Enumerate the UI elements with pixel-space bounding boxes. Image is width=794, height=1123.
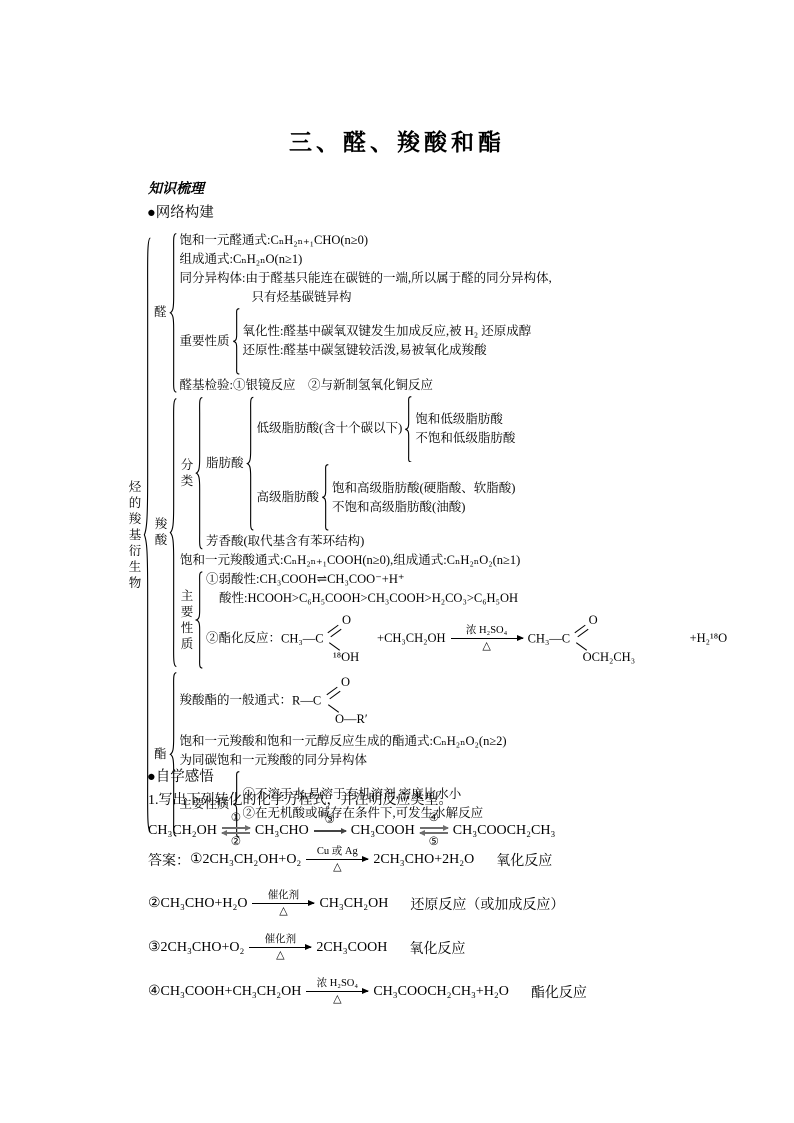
arrow-condition-bottom: △ <box>333 861 341 873</box>
structural-formula-acetic-acid-18O: CH₃—C O ¹⁸OH <box>281 613 377 665</box>
map-line: 醛基检验:①银镜反应 ②与新制氢氧化铜反应 <box>180 376 552 395</box>
ester-general-formula: 羧酸酯的一般通式： R—C O O—R′ <box>180 670 507 732</box>
map-line: 氧化性:醛基中碳氧双键发生加成反应,被 H₂ 还原成醇 <box>243 322 532 341</box>
section-heading-knowledge: 知识梳理 <box>148 178 204 198</box>
map-line: 为同碳饱和一元羧酸的同分异构体 <box>180 751 507 770</box>
map-line: 同分异构体:由于醛基只能连在碳链的一端,所以属于醛的同分异构体, <box>180 269 552 288</box>
arrow-condition-top: Cu 或 Ag <box>317 846 358 858</box>
ester-formula-label: 羧酸酯的一般通式： <box>180 691 293 710</box>
brace <box>404 396 412 463</box>
map-line: 饱和一元醛通式:CₙH₂ₙ₊₁CHO(n≥0) <box>180 231 552 250</box>
arrow-condition-top: 催化剂 <box>268 890 300 902</box>
question-1: 1.写出下列转化的化学方程式，并注明反应类型。 <box>148 789 453 809</box>
step-number: ① <box>231 812 241 825</box>
step-number: ③ <box>325 814 335 827</box>
map-line: 饱和一元羧酸和饱和一元醇反应生成的酯通式:CₙH₂ₙO₂(n≥2) <box>180 732 507 751</box>
branch-fatty-acid: 脂肪酸 低级脂肪酸(含十个碳以下) 饱和低级脂肪酸 <box>206 395 515 532</box>
answer-equation-3: ③2CH₃CHO+O₂ 催化剂 △ 2CH₃COOH 氧化反应 <box>148 934 465 961</box>
bullet-self-study: ●自学感悟 <box>147 765 214 786</box>
fatty-acid-label: 脂肪酸 <box>206 454 245 473</box>
properties-label: 重要性质 <box>180 332 231 351</box>
forward-arrow-3: ③ 0 <box>314 814 346 847</box>
brace <box>143 232 151 838</box>
formula-left: CH₃—C <box>281 629 324 648</box>
branch-acid-properties: 主要性质 ①弱酸性:CH₃COOH⇌CH₃COO⁻+H⁺ 酸性:HCOOH>C₆… <box>180 570 727 670</box>
aldehyde-label: 醛 <box>154 303 168 322</box>
document-page: 三、醛、羧酸和酯 知识梳理 ●网络构建 烃的羧基衍生物 醛 饱和一元醛通式:Cₙ… <box>0 0 794 1123</box>
single-arrow <box>314 830 346 832</box>
chain-compound: CH₃CH₂OH <box>148 823 217 839</box>
map-line: 不饱和高级脂肪酸(油酸) <box>332 498 515 517</box>
formula-bottom: ¹⁸OH <box>333 648 359 667</box>
arrow-condition-top: 浓 H₂SO₄ <box>466 625 507 637</box>
reaction-type: 酯化反应 <box>531 982 587 1002</box>
map-line: 只有烃基碳链异构 <box>252 288 552 307</box>
equation-products: CH₃CH₂OH <box>319 896 388 912</box>
double-bond <box>327 625 341 637</box>
brace <box>321 464 329 531</box>
formula-left: CH₃—C <box>528 629 571 648</box>
reaction-arrow: Cu 或 Ag △ <box>306 846 368 873</box>
arrow-line <box>252 903 314 904</box>
arrow-condition-top: 催化剂 <box>265 934 297 946</box>
reversible-arrow-1-2: ① ② <box>222 812 250 849</box>
root-branch: 烃的羧基衍生物 醛 饱和一元醛通式:CₙH₂ₙ₊₁CHO(n≥0) 组成通式:C… <box>128 231 727 839</box>
structural-formula-ester-general: R—C O O—R′ <box>292 675 384 727</box>
esterification-label: ②酯化反应： <box>206 629 281 648</box>
map-line: ①弱酸性:CH₃COOH⇌CH₃COO⁻+H⁺ <box>206 570 727 589</box>
answer-equation-1: 答案： ①2CH₃CH₂OH+O₂ Cu 或 Ag △ 2CH₃CHO+2H₂O… <box>148 846 552 873</box>
chain-compound: CH₃COOCH₂CH₃ <box>453 823 556 839</box>
classification-label: 分类 <box>180 457 194 489</box>
reaction-arrow: 催化剂 △ <box>252 890 314 917</box>
equation-reactants: ②CH₃CHO+H₂O <box>148 895 247 912</box>
map-line: 组成通式:CₙH₂ₙO(n≥1) <box>180 250 552 269</box>
product-water-18O: +H₂¹⁸O <box>690 629 728 648</box>
bullet-network-construction: ●网络构建 <box>147 201 214 222</box>
arrow-condition-top: 浓 H₂SO₄ <box>317 978 358 990</box>
brace <box>246 396 254 531</box>
arrow-line <box>249 947 311 948</box>
double-bond <box>574 625 588 637</box>
concept-map: 烃的羧基衍生物 醛 饱和一元醛通式:CₙH₂ₙ₊₁CHO(n≥0) 组成通式:C… <box>128 231 727 839</box>
properties-label: 主要性质 <box>180 588 194 652</box>
reaction-type: 还原反应（或加成反应） <box>410 894 564 914</box>
brace <box>195 396 203 550</box>
equation-products: 2CH₃COOH <box>316 940 387 956</box>
arrow-line <box>306 859 368 860</box>
chain-compound: CH₃COOH <box>351 823 415 839</box>
equation-products: CH₃COOCH₂CH₃+H₂O <box>373 984 509 1000</box>
arrow-condition-bottom: △ <box>276 949 284 961</box>
formula-top: O <box>342 611 351 630</box>
brace <box>232 308 240 375</box>
reaction-type: 氧化反应 <box>409 938 465 958</box>
structural-formula-ethyl-acetate: CH₃—C O OCH₂CH₃ <box>528 613 656 665</box>
map-line: 还原性:醛基中碳氢键较活泼,易被氧化成羧酸 <box>243 341 532 360</box>
brace <box>195 571 203 669</box>
double-arrow <box>420 827 448 834</box>
formula-bottom: OCH₂CH₃ <box>583 648 635 667</box>
higher-fatty-acid-label: 高级脂肪酸 <box>257 488 321 507</box>
chain-compound: CH₃CHO <box>255 823 309 839</box>
lower-fatty-acid-label: 低级脂肪酸(含十个碳以下) <box>257 419 404 438</box>
reaction-arrow: 催化剂 △ <box>249 934 311 961</box>
arrow-condition-bottom: △ <box>279 905 287 917</box>
formula-bottom: O—R′ <box>335 710 368 729</box>
branch-aldehyde-properties: 重要性质 氧化性:醛基中碳氧双键发生加成反应,被 H₂ 还原成醇 还原性:醛基中… <box>180 307 552 376</box>
double-bond <box>327 687 341 699</box>
arrow-condition-bottom: △ <box>482 640 490 652</box>
arrow-line <box>451 638 523 639</box>
ester-label: 酯 <box>154 745 168 764</box>
reaction-arrow: 浓 H₂SO₄ △ <box>306 978 368 1005</box>
map-line: 酸性:HCOOH>C₆H₅COOH>CH₃COOH>H₂CO₃>C₆H₅OH <box>219 589 727 608</box>
double-arrow <box>222 827 250 834</box>
equation-products: 2CH₃CHO+2H₂O <box>373 852 474 868</box>
map-line: 饱和一元羧酸通式:CₙH₂ₙ₊₁COOH(n≥0),组成通式:CₙH₂ₙO₂(n… <box>180 551 727 570</box>
answers-label: 答案： <box>148 850 190 870</box>
reactant-ethanol: +CH₃CH₂OH <box>377 629 446 648</box>
map-line: 不饱和低级脂肪酸 <box>415 429 515 448</box>
conversion-chain: CH₃CH₂OH ① ② CH₃CHO ③ 0 CH₃COOH ④ ⑤ CH₃C… <box>148 812 555 849</box>
branch-classification: 分类 脂肪酸 低级脂肪酸(含十个碳以下) <box>180 395 727 551</box>
acid-label: 羧酸 <box>154 516 168 548</box>
map-line: 饱和高级脂肪酸(硬脂酸、软脂酸) <box>332 479 515 498</box>
reaction-type: 氧化反应 <box>496 850 552 870</box>
formula-left: R—C <box>292 691 321 710</box>
arrow-line <box>306 991 368 992</box>
branch-lower-fatty-acid: 低级脂肪酸(含十个碳以下) 饱和低级脂肪酸 不饱和低级脂肪酸 <box>257 395 516 464</box>
brace <box>169 396 177 669</box>
step-number: ④ <box>429 812 439 825</box>
map-line: 芳香酸(取代基含有苯环结构) <box>206 532 515 551</box>
brace <box>169 232 177 394</box>
formula-top: O <box>589 611 598 630</box>
equation-reactants: ④CH₃COOH+CH₃CH₂OH <box>148 983 301 1000</box>
branch-carboxylic-acid: 羧酸 分类 脂肪酸 <box>154 395 727 670</box>
answer-equation-2: ②CH₃CHO+H₂O 催化剂 △ CH₃CH₂OH 还原反应（或加成反应） <box>148 890 564 917</box>
reaction-arrow: 浓 H₂SO₄ △ <box>451 625 523 652</box>
answer-equation-4: ④CH₃COOH+CH₃CH₂OH 浓 H₂SO₄ △ CH₃COOCH₂CH₃… <box>148 978 587 1005</box>
branch-aldehyde: 醛 饱和一元醛通式:CₙH₂ₙ₊₁CHO(n≥0) 组成通式:CₙH₂ₙO(n≥… <box>154 231 727 395</box>
esterification-equation: ②酯化反应： CH₃—C O ¹⁸OH +CH₃CH₂OH <box>206 608 727 670</box>
map-line: 饱和低级脂肪酸 <box>415 410 515 429</box>
branch-higher-fatty-acid: 高级脂肪酸 饱和高级脂肪酸(硬脂酸、软脂酸) 不饱和高级脂肪酸(油酸) <box>257 463 516 532</box>
equation-reactants: ①2CH₃CH₂OH+O₂ <box>190 851 301 868</box>
reversible-arrow-4-5: ④ ⑤ <box>420 812 448 849</box>
arrow-condition-bottom: △ <box>333 993 341 1005</box>
root-label: 烃的羧基衍生物 <box>128 479 142 591</box>
formula-top: O <box>341 673 350 692</box>
page-title: 三、醛、羧酸和酯 <box>0 124 794 157</box>
equation-reactants: ③2CH₃CHO+O₂ <box>148 939 244 956</box>
